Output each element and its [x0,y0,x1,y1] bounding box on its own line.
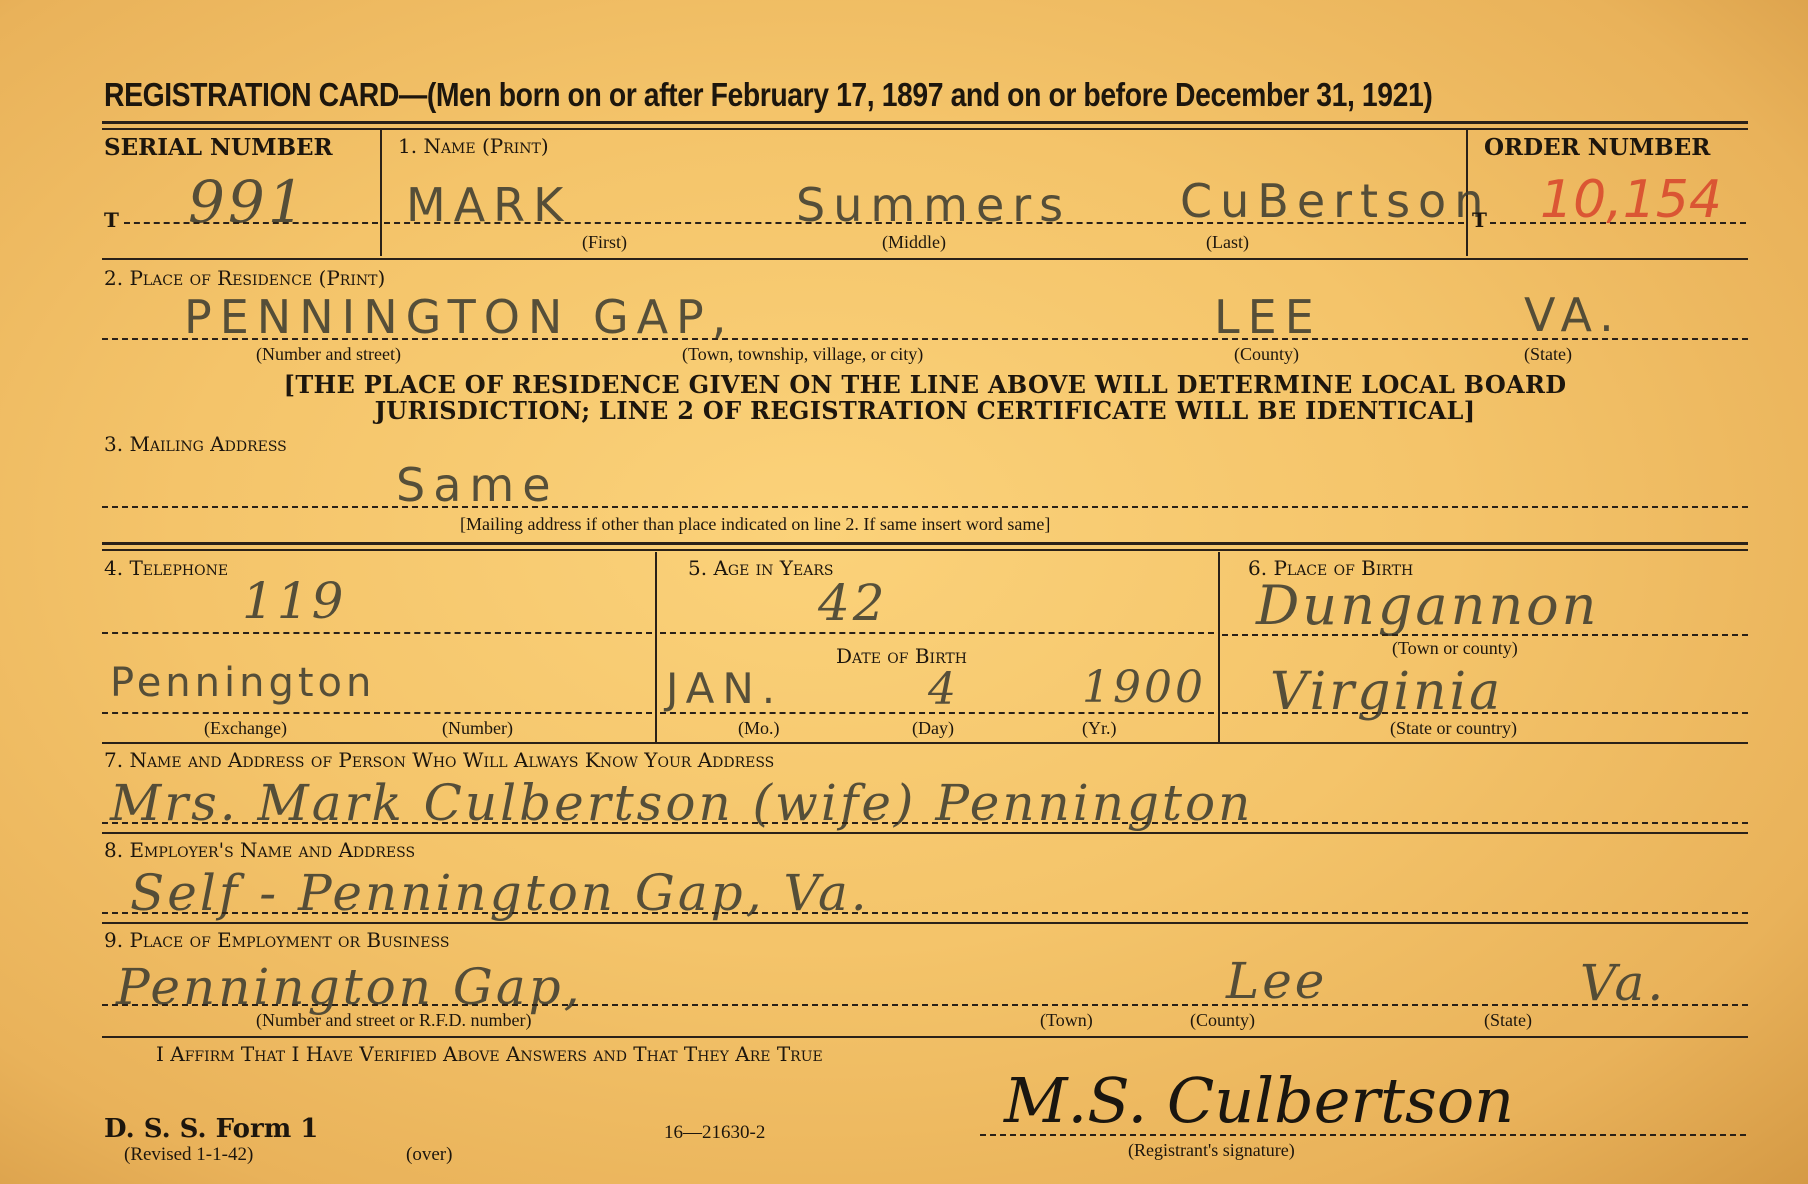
residence-county-value: LEE [1214,290,1322,344]
jurisdiction-notice-line1: [THE PLACE OF RESIDENCE GIVEN ON THE LIN… [102,370,1748,399]
mailing-caption: [Mailing address if other than place ind… [460,514,1050,535]
employment-street-value: Pennington Gap, [116,958,583,1016]
residence-label: 2. Place of Residence (Print) [104,266,385,290]
form-id: D. S. S. Form 1 [104,1114,318,1144]
registrant-signature: M.S. Culbertson [1004,1064,1514,1137]
employment-county-value: Lee [1226,952,1327,1010]
registration-card: REGISTRATION CARD—(Men born on or after … [0,0,1808,1184]
day-caption: (Day) [912,718,954,739]
employment-street-caption: (Number and street or R.F.D. number) [256,1010,532,1031]
serial-line [124,222,378,224]
divider [655,552,657,742]
form-revised: (Revised 1-1-42) [124,1144,253,1166]
row-rule [102,1036,1748,1038]
employment-line [102,1004,1748,1006]
state-caption: (State) [1524,344,1572,365]
county-caption: (County) [1234,344,1299,365]
divider [380,130,382,256]
contact-label: 7. Name and Address of Person Who Will A… [104,748,774,772]
form-code: 16—21630-2 [664,1122,765,1144]
title-rule-2 [102,128,1748,130]
town-caption: (Town, township, village, or city) [682,344,923,365]
serial-number-label: SERIAL NUMBER [104,134,333,161]
contact-line [102,822,1748,824]
signature-caption: (Registrant's signature) [1128,1140,1295,1161]
dob-day-value: 4 [928,664,959,715]
residence-town-value: PENNINGTON GAP, [184,290,734,344]
middle-caption: (Middle) [882,232,946,253]
age-value: 42 [818,574,888,632]
telephone-label: 4. Telephone [104,556,228,580]
title-rule [102,121,1748,124]
dob-line [660,712,1214,714]
mailing-line [102,506,1748,508]
exchange-line [102,712,652,714]
affirmation-text: I Affirm That I Have Verified Above Answ… [156,1042,823,1066]
telephone-number-value: 119 [242,572,346,630]
order-number-label: ORDER NUMBER [1484,134,1710,161]
street-caption: (Number and street) [256,344,401,365]
order-line [1490,222,1746,224]
employer-label: 8. Employer's Name and Address [104,838,415,862]
row-rule-2 [102,549,1748,551]
row-rule [102,922,1748,924]
jurisdiction-notice-line2: JURISDICTION; LINE 2 OF REGISTRATION CER… [102,396,1748,425]
birthplace-town-value: Dungannon [1256,574,1599,637]
age-label: 5. Age in Years [688,556,833,580]
order-prefix: T [1472,208,1487,232]
birthplace-state-line [1222,712,1748,714]
divider [1218,552,1220,742]
birthplace-state-caption: (State or country) [1390,718,1517,739]
mailing-label: 3. Mailing Address [104,432,287,456]
telephone-exchange-value: Pennington [110,660,375,706]
card-title: REGISTRATION CARD—(Men born on or after … [104,76,1432,114]
mailing-value: Same [396,458,559,512]
month-caption: (Mo.) [738,718,780,739]
dob-month-value: JAN. [666,664,783,713]
over-note: (over) [406,1144,452,1166]
dob-year-value: 1900 [1082,662,1206,713]
residence-state-value: VA. [1524,288,1622,342]
employment-place-label: 9. Place of Employment or Business [104,928,449,952]
row-rule [102,832,1748,834]
employment-town-caption: (Town) [1040,1010,1093,1031]
residence-line [102,338,1748,340]
row-rule [102,542,1748,545]
telephone-line [102,632,652,634]
employment-county-caption: (County) [1190,1010,1255,1031]
name-label: 1. Name (Print) [398,134,549,158]
number-caption: (Number) [442,718,513,739]
name-line [384,222,1464,224]
exchange-caption: (Exchange) [204,718,287,739]
birthplace-town-line [1222,634,1748,636]
first-caption: (First) [582,232,627,253]
year-caption: (Yr.) [1082,718,1117,739]
last-name-value: CuBertson [1180,174,1491,228]
employer-line [102,912,1748,914]
signature-line [980,1134,1746,1136]
serial-number-value: 991 [188,168,308,236]
serial-prefix: T [104,208,119,232]
age-line [660,632,1214,634]
birthplace-town-caption: (Town or county) [1392,638,1518,659]
row-rule [102,258,1748,260]
last-caption: (Last) [1206,232,1249,253]
order-number-value: 10,154 [1540,170,1722,230]
row-rule [102,742,1748,744]
employment-state-caption: (State) [1484,1010,1532,1031]
